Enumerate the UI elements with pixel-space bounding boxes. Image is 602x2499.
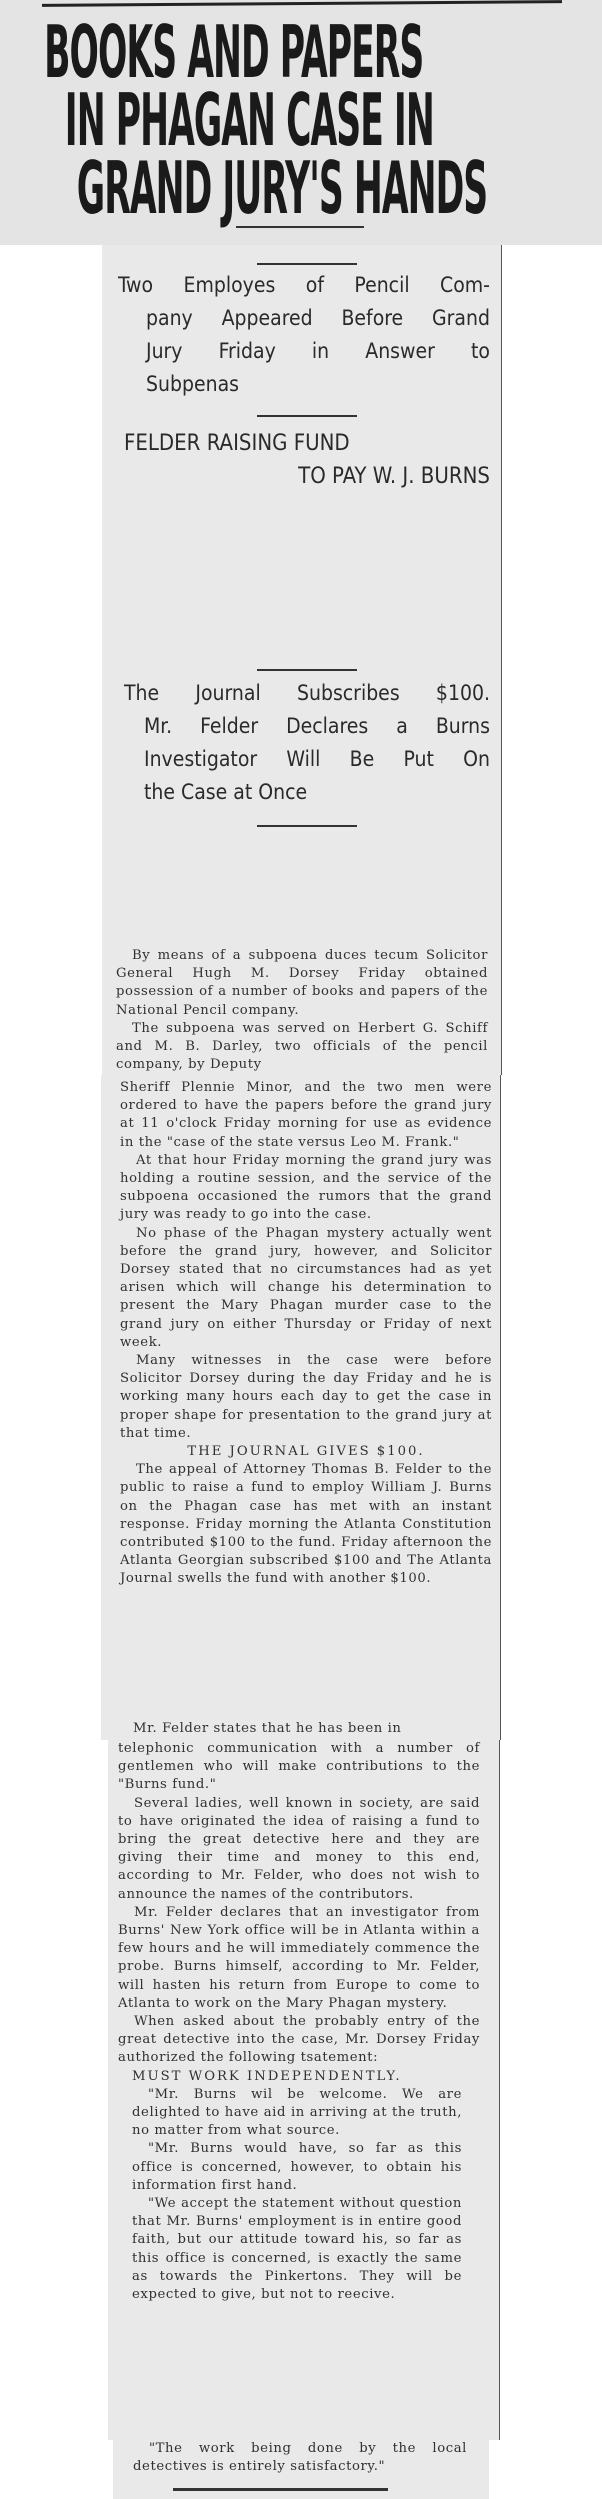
headline-line-2: IN PHAGAN CASE IN — [65, 86, 289, 154]
article-panel-2: Sheriff Plennie Minor, and the two men w… — [101, 1075, 501, 1645]
deck1-line: Subpenas — [124, 368, 490, 401]
deck-divider — [257, 825, 357, 827]
deck1-line: Jury Friday in Answer to — [124, 335, 490, 368]
article-body-5: "The work being done by the local detect… — [133, 2440, 467, 2476]
section-subhead: THE JOURNAL GIVES $100. — [120, 1443, 492, 1461]
column-rule — [500, 1645, 501, 1740]
article-panel-3: Mr. Felder states that he has been in — [101, 1645, 501, 1740]
paragraph: Mr. Felder declares that an investigator… — [118, 1904, 480, 2013]
column-rule — [500, 1075, 501, 1645]
quote-paragraph: "We accept the statement without questio… — [132, 2195, 462, 2304]
column-rule — [499, 1740, 500, 2440]
deck1-line: pany Appeared Before Grand — [124, 302, 490, 335]
article-body-1: By means of a subpoena duces tecum Solic… — [116, 947, 488, 1074]
article-end-rule — [173, 2488, 388, 2491]
column-rule — [501, 245, 502, 655]
quote-paragraph: "Mr. Burns would have, so far as this of… — [132, 2140, 462, 2195]
headline-divider — [236, 226, 364, 228]
deck-divider — [257, 669, 357, 671]
deck3-line: The Journal Subscribes $100. — [124, 677, 490, 710]
subheadline-deck-3: The Journal Subscribes $100. Mr. Felder … — [124, 655, 490, 837]
headline-panel: BOOKS AND PAPERS IN PHAGAN CASE IN GRAND… — [0, 0, 602, 245]
paragraph: The subpoena was served on Herbert G. Sc… — [116, 1020, 488, 1075]
paragraph: Mr. Felder states that he has been in — [117, 1720, 493, 1738]
paragraph: telephonic communication with a number o… — [118, 1740, 480, 1795]
column-rule — [501, 655, 502, 1075]
article-body-3: Mr. Felder states that he has been in — [117, 1720, 493, 1738]
deck3-line: the Case at Once — [124, 776, 490, 809]
deck1-line: Two Employes of Pencil Com- — [124, 269, 490, 302]
paragraph: By means of a subpoena duces tecum Solic… — [116, 947, 488, 1020]
deck3-line: Investigator Will Be Put On — [124, 743, 490, 776]
section-subhead: MUST WORK INDEPENDENTLY. — [132, 2068, 462, 2086]
quote-paragraph: "Mr. Burns wil be welcome. We are deligh… — [132, 2086, 462, 2141]
headline-line-1: BOOKS AND PAPERS — [44, 18, 289, 86]
deck3-line: Mr. Felder Declares a Burns — [124, 710, 490, 743]
article-panel-4: telephonic communication with a number o… — [108, 1740, 500, 2440]
paragraph: At that hour Friday morning the grand ju… — [120, 1152, 492, 1225]
subheadline-deck-2: FELDER RAISING FUND TO PAY W. J. BURNS — [124, 427, 490, 493]
paragraph: Several ladies, well known in society, a… — [118, 1795, 480, 1904]
quote-paragraph: "The work being done by the local detect… — [133, 2440, 467, 2476]
paragraph: No phase of the Phagan mystery actually … — [120, 1225, 492, 1352]
article-body-2: Sheriff Plennie Minor, and the two men w… — [120, 1079, 492, 1589]
headline: BOOKS AND PAPERS IN PHAGAN CASE IN GRAND… — [0, 18, 289, 222]
top-rule — [42, 0, 562, 7]
article-panel-1: The Journal Subscribes $100. Mr. Felder … — [102, 655, 502, 1075]
deck-panel: Two Employes of Pencil Com- pany Appeare… — [102, 245, 502, 655]
article-body-4: telephonic communication with a number o… — [118, 1740, 480, 2304]
deck2-line: FELDER RAISING FUND — [124, 427, 490, 460]
deck2-line: TO PAY W. J. BURNS — [124, 460, 490, 493]
paragraph: When asked about the probably entry of t… — [118, 2013, 480, 2068]
paragraph: Sheriff Plennie Minor, and the two men w… — [120, 1079, 492, 1152]
subheadline-deck-1: Two Employes of Pencil Com- pany Appeare… — [124, 273, 490, 493]
headline-line-3: GRAND JURY'S HANDS — [77, 154, 289, 222]
paragraph: Many witnesses in the case were before S… — [120, 1352, 492, 1443]
deck-divider — [257, 263, 357, 265]
article-panel-5: "The work being done by the local detect… — [113, 2440, 489, 2499]
statement-block: MUST WORK INDEPENDENTLY. "Mr. Burns wil … — [118, 2068, 480, 2305]
deck-divider — [257, 415, 357, 417]
paragraph: The appeal of Attorney Thomas B. Felder … — [120, 1461, 492, 1588]
